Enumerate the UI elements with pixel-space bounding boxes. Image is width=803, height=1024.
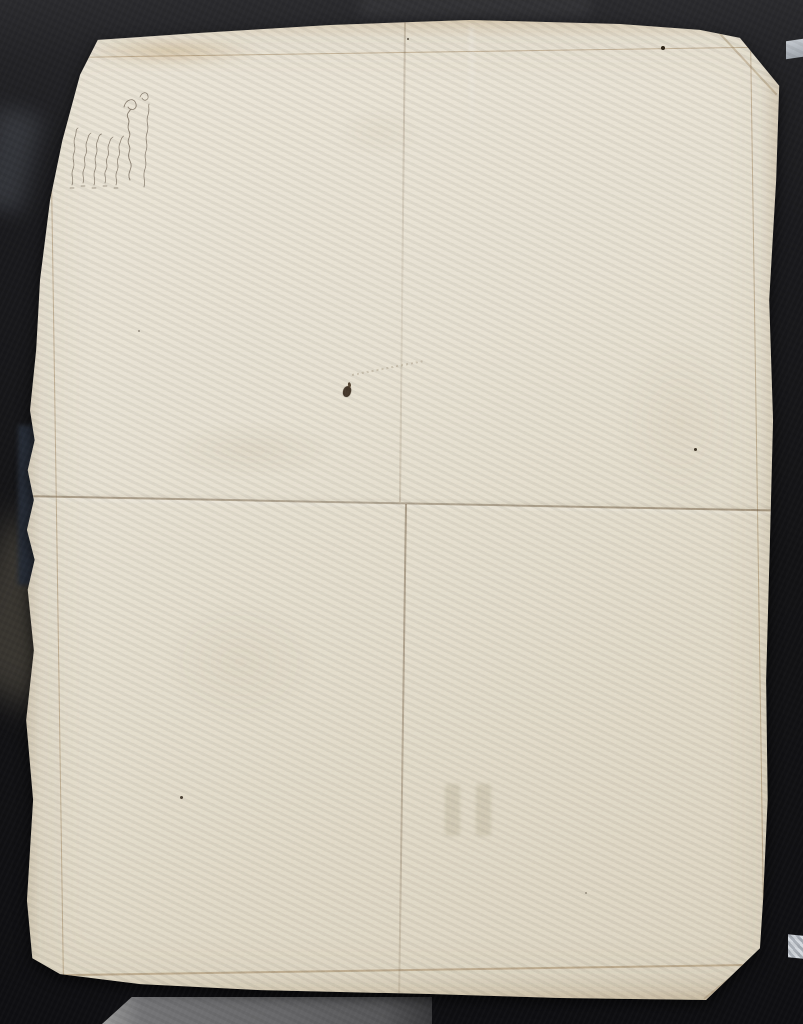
pinhole-speck (661, 46, 665, 50)
paper-sheet-wrapper (0, 0, 803, 1024)
foxing-speck (585, 892, 587, 894)
paper-sheet-verso (20, 12, 790, 1008)
top-wrinkle-highlight (470, 26, 473, 146)
ruled-border-frame (49, 47, 765, 976)
pencil-inscription-bottom-right (732, 986, 780, 1000)
foxing-speck (138, 330, 140, 332)
foxing-speck (407, 38, 409, 40)
foxing-speck (694, 448, 697, 451)
handwriting-ink-strokes (64, 84, 156, 192)
pencil-strokes (732, 987, 780, 1001)
foxing-speck (180, 796, 183, 799)
photo-scene (0, 0, 803, 1024)
handwritten-annotation-sideways (64, 84, 156, 192)
